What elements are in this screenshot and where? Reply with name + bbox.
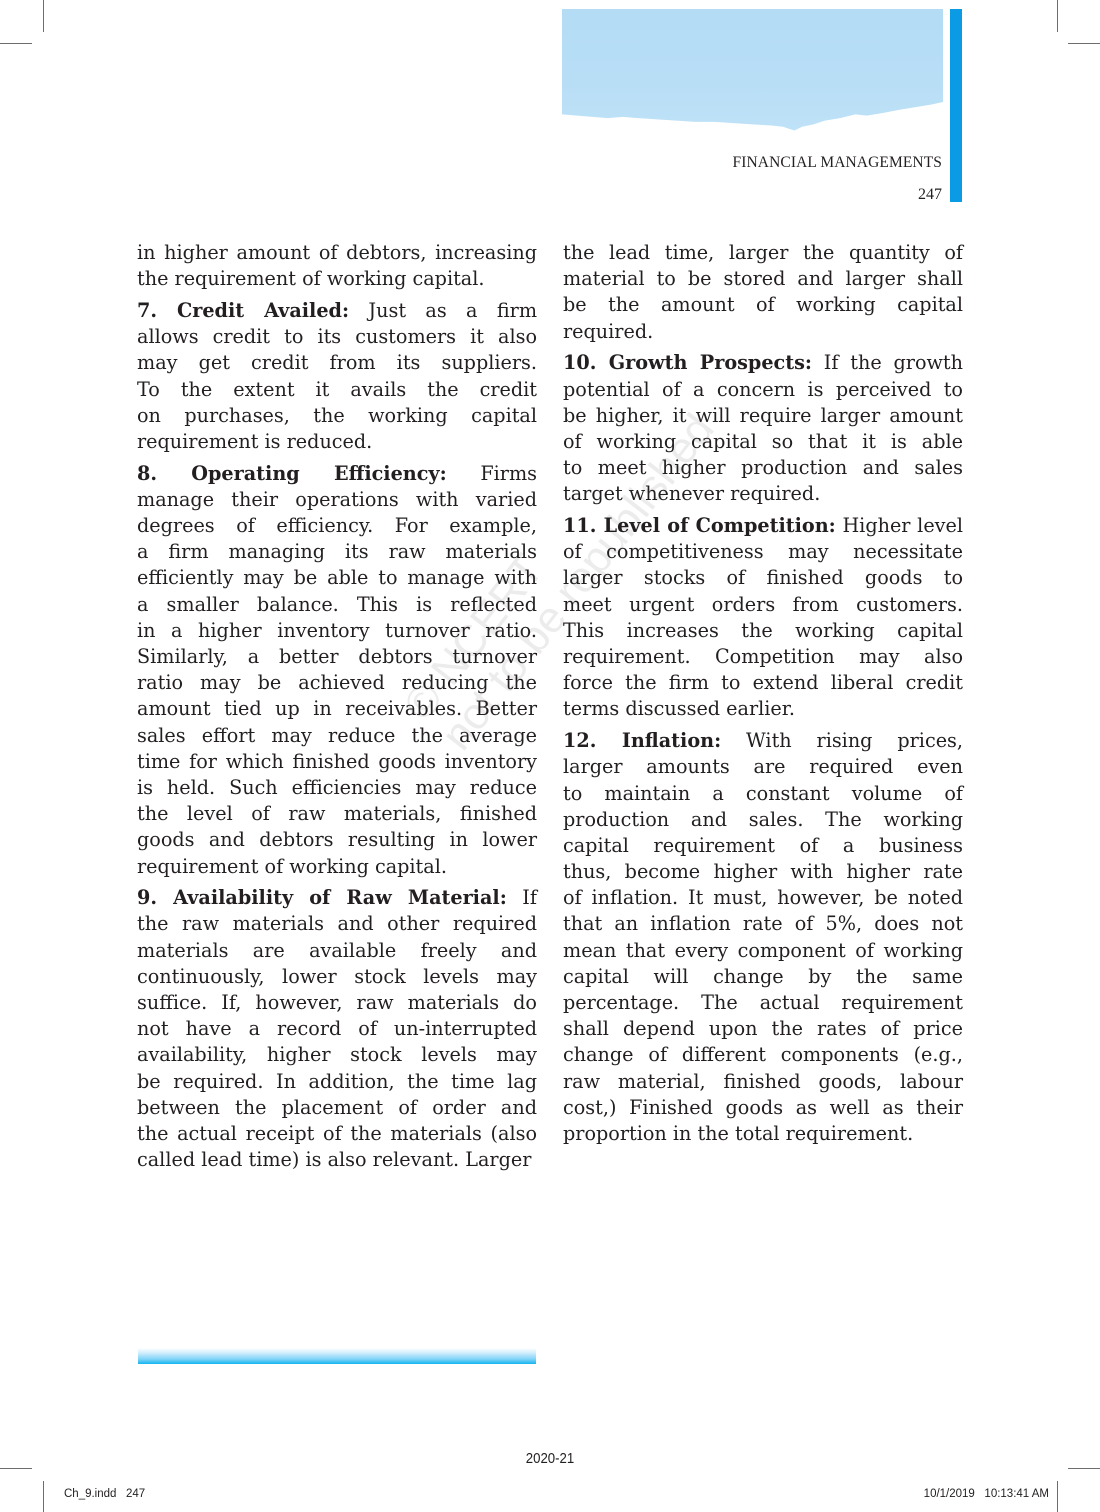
text-line: efficiently may be able to manage with: [137, 565, 537, 591]
text-line: the requirement of working capital.: [137, 266, 537, 292]
text-line: be the amount of working capital: [563, 292, 963, 318]
line-text: on purchases, the working capital: [137, 404, 537, 427]
line-text: between the placement of order and: [137, 1096, 537, 1119]
line-text: be required. In addition, the time lag: [137, 1070, 537, 1093]
crop-mark-top-right-vertical: [1057, 0, 1058, 32]
line-text: the raw materials and other required: [137, 912, 537, 935]
header-torn-paper-decoration: [562, 9, 943, 133]
text-line: potential of a concern is perceived to: [563, 377, 963, 403]
line-text: of competitiveness may necessitate: [563, 540, 963, 563]
text-line: that an inflation rate of 5%, does not: [563, 911, 963, 937]
line-text: thus, become higher with higher rate: [563, 860, 963, 883]
text-line: percentage. The actual requirement: [563, 990, 963, 1016]
line-text: a smaller balance. This is reflected: [137, 593, 537, 616]
text-line: the level of raw materials, finished: [137, 801, 537, 827]
text-line: on purchases, the working capital: [137, 403, 537, 429]
line-text: requirement is reduced.: [137, 430, 372, 453]
line-text: a firm managing its raw materials: [137, 540, 537, 563]
line-text: may get credit from its suppliers.: [137, 351, 537, 374]
crop-mark-bottom-left-vertical: [43, 1481, 44, 1512]
text-line: ratio may be achieved reducing the: [137, 670, 537, 696]
text-line: be required. In addition, the time lag: [137, 1069, 537, 1095]
line-text: force the firm to extend liberal credit: [563, 671, 963, 694]
text-line: be higher, it will require larger amount: [563, 403, 963, 429]
numbered-paragraph: 9. Availability of Raw Material: Ifthe r…: [137, 885, 537, 1173]
line-text: This increases the working capital: [563, 619, 963, 642]
line-text: not have a record of un-interrupted: [137, 1017, 537, 1040]
line-text: To the extent it avails the credit: [137, 378, 537, 401]
line-text: degrees of efficiency. For example,: [137, 514, 537, 537]
paragraph-heading: 7. Credit Availed:: [137, 299, 349, 322]
line-text: the actual receipt of the materials (als…: [137, 1122, 537, 1145]
text-line: materials are available freely and: [137, 938, 537, 964]
text-line: in higher amount of debtors, increasing: [137, 240, 537, 266]
numbered-paragraph: 8. Operating Efficiency: Firmsmanage the…: [137, 461, 537, 880]
crop-mark-top-right-horizontal: [1068, 43, 1100, 44]
text-line: larger stocks of finished goods to: [563, 565, 963, 591]
bottom-gradient-rule: [138, 1348, 536, 1364]
text-line: called lead time) is also relevant. Larg…: [137, 1147, 537, 1173]
academic-year: 2020-21: [66, 1450, 1034, 1467]
text-line: Similarly, a better debtors turnover: [137, 644, 537, 670]
page-number: 247: [918, 186, 942, 204]
text-line: of inflation. It must, however, be noted: [563, 885, 963, 911]
text-line: thus, become higher with higher rate: [563, 859, 963, 885]
line-text: cost,) Finished goods as well as their: [563, 1096, 963, 1119]
line-text: that an inflation rate of 5%, does not: [563, 912, 963, 935]
line-text: change of different components (e.g.,: [563, 1043, 963, 1066]
line-text: be higher, it will require larger amount: [563, 404, 963, 427]
numbered-paragraph: 11. Level of Competition: Higher levelof…: [563, 513, 963, 723]
text-line: target whenever required.: [563, 481, 963, 507]
text-line: requirement. Competition may also: [563, 644, 963, 670]
text-line: raw material, finished goods, labour: [563, 1069, 963, 1095]
slug-timestamp: 10/1/2019 10:13:41 AM: [924, 1488, 1049, 1500]
line-text: percentage. The actual requirement: [563, 991, 963, 1014]
text-line: in a higher inventory turnover ratio.: [137, 618, 537, 644]
line-text: in a higher inventory turnover ratio.: [137, 619, 537, 642]
line-text: terms discussed earlier.: [563, 697, 795, 720]
text-line: capital requirement of a business: [563, 833, 963, 859]
text-line: the actual receipt of the materials (als…: [137, 1121, 537, 1147]
line-text: If: [507, 886, 537, 909]
paragraph-heading: 11. Level of Competition:: [563, 514, 836, 537]
text-line: force the firm to extend liberal credit: [563, 670, 963, 696]
line-text: With rising prices,: [721, 729, 963, 752]
paragraph-heading: 8. Operating Efficiency:: [137, 462, 447, 485]
line-text: allows credit to its customers it also: [137, 325, 537, 348]
line-text: Similarly, a better debtors turnover: [137, 645, 537, 668]
text-line: a smaller balance. This is reflected: [137, 592, 537, 618]
running-title: FINANCIAL MANAGEMENTS: [733, 154, 942, 172]
text-line: between the placement of order and: [137, 1095, 537, 1121]
right-column: the lead time, larger the quantity ofmat…: [563, 240, 963, 1153]
line-text: capital will change by the same: [563, 965, 963, 988]
line-text: goods and debtors resulting in lower: [137, 828, 537, 851]
line-text: potential of a concern is perceived to: [563, 378, 963, 401]
text-line: time for which finished goods inventory: [137, 749, 537, 775]
line-text: availability, higher stock levels may: [137, 1043, 537, 1066]
text-line: allows credit to its customers it also: [137, 324, 537, 350]
numbered-paragraph: 7. Credit Availed: Just as a firmallows …: [137, 298, 537, 455]
text-line: of competitiveness may necessitate: [563, 539, 963, 565]
line-text: the level of raw materials, finished: [137, 802, 537, 825]
text-line: This increases the working capital: [563, 618, 963, 644]
text-line: to meet higher production and sales: [563, 455, 963, 481]
text-line: the raw materials and other required: [137, 911, 537, 937]
text-line: amount tied up in receivables. Better: [137, 696, 537, 722]
text-line: requirement is reduced.: [137, 429, 537, 455]
left-column: in higher amount of debtors, increasingt…: [137, 240, 537, 1179]
line-text: Just as a firm: [349, 299, 537, 322]
text-line: the lead time, larger the quantity of: [563, 240, 963, 266]
line-text: to meet higher production and sales: [563, 456, 963, 479]
line-text: proportion in the total requirement.: [563, 1122, 913, 1145]
line-text: requirement. Competition may also: [563, 645, 963, 668]
text-line: 9. Availability of Raw Material: If: [137, 885, 537, 911]
text-line: requirement of working capital.: [137, 854, 537, 880]
text-line: terms discussed earlier.: [563, 696, 963, 722]
paragraph-heading: 9. Availability of Raw Material:: [137, 886, 507, 909]
text-line: proportion in the total requirement.: [563, 1121, 963, 1147]
line-text: production and sales. The working: [563, 808, 963, 831]
line-text: material to be stored and larger shall: [563, 267, 963, 290]
numbered-paragraph: 12. Inflation: With rising prices,larger…: [563, 728, 963, 1147]
text-line: sales effort may reduce the average: [137, 723, 537, 749]
text-line: not have a record of un-interrupted: [137, 1016, 537, 1042]
text-line: to maintain a constant volume of: [563, 781, 963, 807]
line-text: be the amount of working capital: [563, 293, 963, 316]
crop-mark-bottom-right-vertical: [1057, 1481, 1058, 1512]
text-line: larger amounts are required even: [563, 754, 963, 780]
text-line: required.: [563, 319, 963, 345]
line-text: materials are available freely and: [137, 939, 537, 962]
line-text: Firms: [447, 462, 537, 485]
text-line: change of different components (e.g.,: [563, 1042, 963, 1068]
text-line: is held. Such efficiencies may reduce: [137, 775, 537, 801]
line-text: efficiently may be able to manage with: [137, 566, 537, 589]
line-text: of working capital so that it is able: [563, 430, 963, 453]
crop-mark-top-left-vertical: [43, 0, 44, 32]
text-line: 12. Inflation: With rising prices,: [563, 728, 963, 754]
text-line: a firm managing its raw materials: [137, 539, 537, 565]
line-text: suffice. If, however, raw materials do: [137, 991, 537, 1014]
text-line: mean that every component of working: [563, 938, 963, 964]
line-text: amount tied up in receivables. Better: [137, 697, 537, 720]
text-line: 10. Growth Prospects: If the growth: [563, 350, 963, 376]
numbered-paragraph: 10. Growth Prospects: If the growthpoten…: [563, 350, 963, 507]
text-line: degrees of efficiency. For example,: [137, 513, 537, 539]
text-line: production and sales. The working: [563, 807, 963, 833]
slug-file-info: Ch_9.indd 247: [64, 1488, 145, 1500]
text-line: 7. Credit Availed: Just as a firm: [137, 298, 537, 324]
text-line: capital will change by the same: [563, 964, 963, 990]
line-text: mean that every component of working: [563, 939, 963, 962]
line-text: capital requirement of a business: [563, 834, 963, 857]
text-line: To the extent it avails the credit: [137, 377, 537, 403]
text-line: 11. Level of Competition: Higher level: [563, 513, 963, 539]
text-line: manage their operations with varied: [137, 487, 537, 513]
line-text: larger stocks of finished goods to: [563, 566, 963, 589]
line-text: Higher level: [836, 514, 963, 537]
line-text: the requirement of working capital.: [137, 267, 484, 290]
line-text: ratio may be achieved reducing the: [137, 671, 537, 694]
text-line: goods and debtors resulting in lower: [137, 827, 537, 853]
line-text: meet urgent orders from customers.: [563, 593, 963, 616]
line-text: time for which finished goods inventory: [137, 750, 537, 773]
line-text: in higher amount of debtors, increasing: [137, 241, 537, 264]
line-text: raw material, finished goods, labour: [563, 1070, 963, 1093]
text-line: availability, higher stock levels may: [137, 1042, 537, 1068]
crop-mark-bottom-right-horizontal: [1068, 1468, 1100, 1469]
text-line: shall depend upon the rates of price: [563, 1016, 963, 1042]
crop-mark-bottom-left-horizontal: [0, 1468, 32, 1469]
continuation-paragraph: in higher amount of debtors, increasingt…: [137, 240, 537, 292]
line-text: is held. Such efficiencies may reduce: [137, 776, 537, 799]
line-text: called lead time) is also relevant. Larg…: [137, 1148, 531, 1171]
text-line: meet urgent orders from customers.: [563, 592, 963, 618]
line-text: sales effort may reduce the average: [137, 724, 537, 747]
line-text: requirement of working capital.: [137, 855, 447, 878]
line-text: shall depend upon the rates of price: [563, 1017, 963, 1040]
text-line: suffice. If, however, raw materials do: [137, 990, 537, 1016]
text-line: material to be stored and larger shall: [563, 266, 963, 292]
text-line: 8. Operating Efficiency: Firms: [137, 461, 537, 487]
line-text: of inflation. It must, however, be noted: [563, 886, 963, 909]
paragraph-heading: 10. Growth Prospects:: [563, 351, 812, 374]
text-line: may get credit from its suppliers.: [137, 350, 537, 376]
line-text: target whenever required.: [563, 482, 820, 505]
line-text: larger amounts are required even: [563, 755, 963, 778]
text-line: of working capital so that it is able: [563, 429, 963, 455]
text-line: cost,) Finished goods as well as their: [563, 1095, 963, 1121]
line-text: to maintain a constant volume of: [563, 782, 963, 805]
line-text: manage their operations with varied: [137, 488, 537, 511]
line-text: required.: [563, 320, 653, 343]
continuation-paragraph: the lead time, larger the quantity ofmat…: [563, 240, 963, 345]
line-text: continuously, lower stock levels may: [137, 965, 537, 988]
header-accent-bar: [950, 9, 962, 202]
line-text: If the growth: [812, 351, 963, 374]
crop-mark-top-left-horizontal: [0, 43, 32, 44]
text-line: continuously, lower stock levels may: [137, 964, 537, 990]
line-text: the lead time, larger the quantity of: [563, 241, 963, 264]
paragraph-heading: 12. Inflation:: [563, 729, 721, 752]
